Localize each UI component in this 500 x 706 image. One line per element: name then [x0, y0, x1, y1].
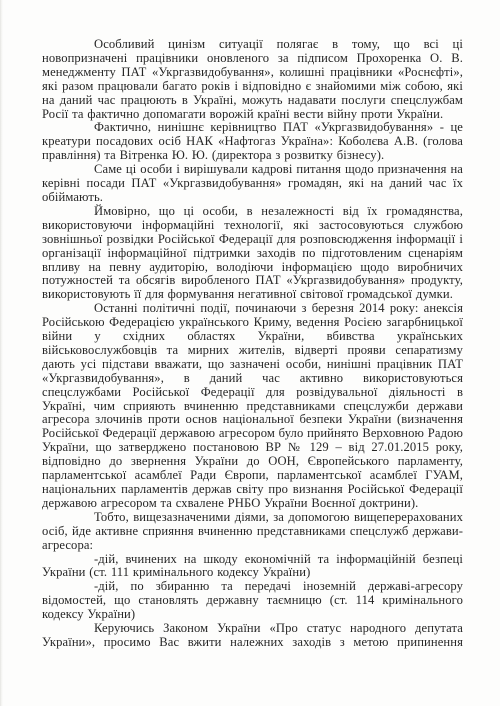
document-body: Особливий цинізм ситуації полягає в тому… — [42, 38, 463, 650]
paragraph: Тобто, вищезазначеними діями, за допомог… — [42, 511, 463, 553]
document-page: Особливий цинізм ситуації полягає в тому… — [0, 0, 500, 706]
paragraph: Особливий цинізм ситуації полягає в тому… — [42, 38, 463, 121]
paragraph: Останні політичні події, починаючи з бер… — [42, 302, 463, 511]
paragraph: -дій, по збиранню та передачі іноземній … — [42, 580, 463, 622]
scan-edge-shadow — [0, 0, 3, 706]
paragraph: Керуючись Законом України «Про статус на… — [42, 622, 463, 650]
paragraph: -дій, вчинених на шкоду економічній та і… — [42, 553, 463, 581]
paragraph: Ймовірно, що ці особи, в незалежності ві… — [42, 205, 463, 302]
paragraph: Саме ці особи і вирішували кадрові питан… — [42, 163, 463, 205]
paragraph: Фактично, нинішнє керівництво ПАТ «Укрга… — [42, 121, 463, 163]
